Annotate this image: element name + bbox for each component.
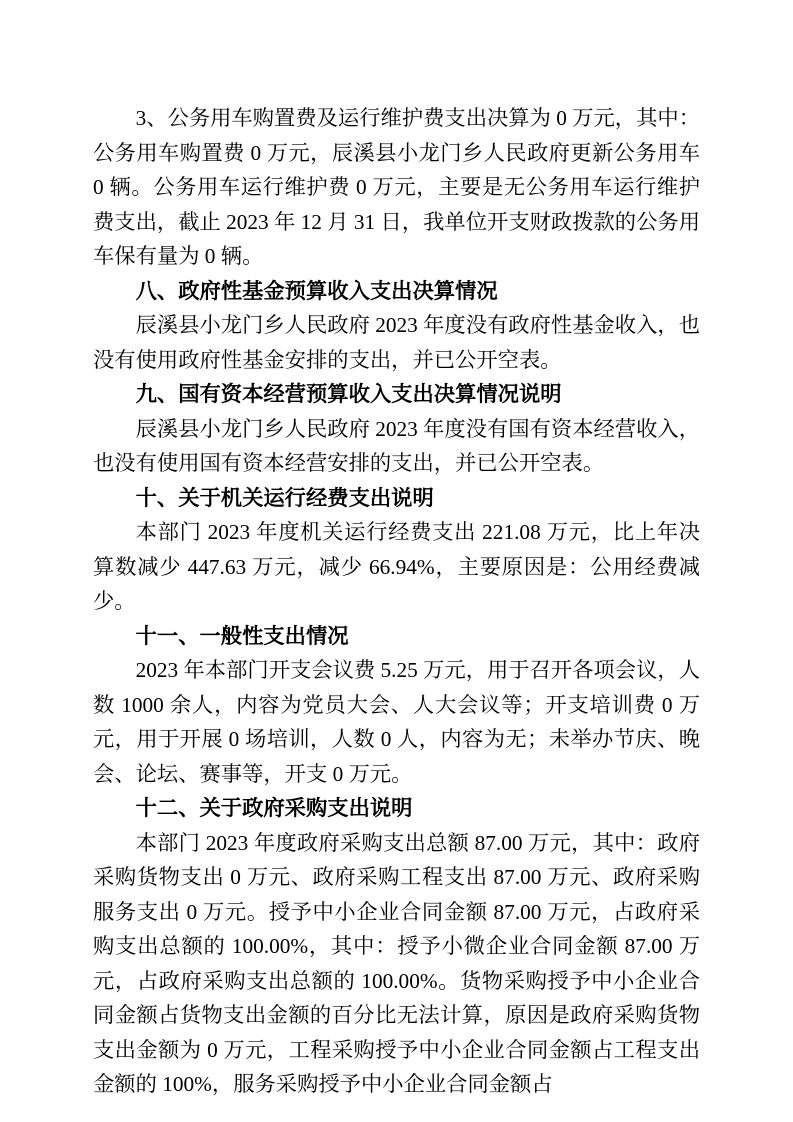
para-govt-procurement: 本部门 2023 年度政府采购支出总额 87.00 万元，其中：政府采购货物支出… xyxy=(93,826,700,1102)
heading-section-9-state-capital-budget: 九、国有资本经营预算收入支出决算情况说明 xyxy=(93,377,700,412)
para-govt-fund-budget: 辰溪县小龙门乡人民政府 2023 年度没有政府性基金收入，也没有使用政府性基金安… xyxy=(93,308,700,377)
document-page: 3、公务用车购置费及运行维护费支出决算为 0 万元，其中：公务用车购置费 0 万… xyxy=(0,0,793,1122)
heading-section-11-general-expense: 十一、一般性支出情况 xyxy=(93,619,700,654)
heading-section-8-govt-fund-budget: 八、政府性基金预算收入支出决算情况 xyxy=(93,274,700,309)
para-general-expense: 2023 年本部门开支会议费 5.25 万元，用于召开各项会议，人数 1000 … xyxy=(93,653,700,791)
heading-section-10-agency-operating-expense: 十、关于机关运行经费支出说明 xyxy=(93,481,700,516)
heading-section-12-govt-procurement: 十二、关于政府采购支出说明 xyxy=(93,791,700,826)
para-official-vehicle-expense: 3、公务用车购置费及运行维护费支出决算为 0 万元，其中：公务用车购置费 0 万… xyxy=(93,101,700,274)
para-agency-operating-expense: 本部门 2023 年度机关运行经费支出 221.08 万元，比上年决算数减少 4… xyxy=(93,515,700,619)
para-state-capital-budget: 辰溪县小龙门乡人民政府 2023 年度没有国有资本经营收入，也没有使用国有资本经… xyxy=(93,412,700,481)
